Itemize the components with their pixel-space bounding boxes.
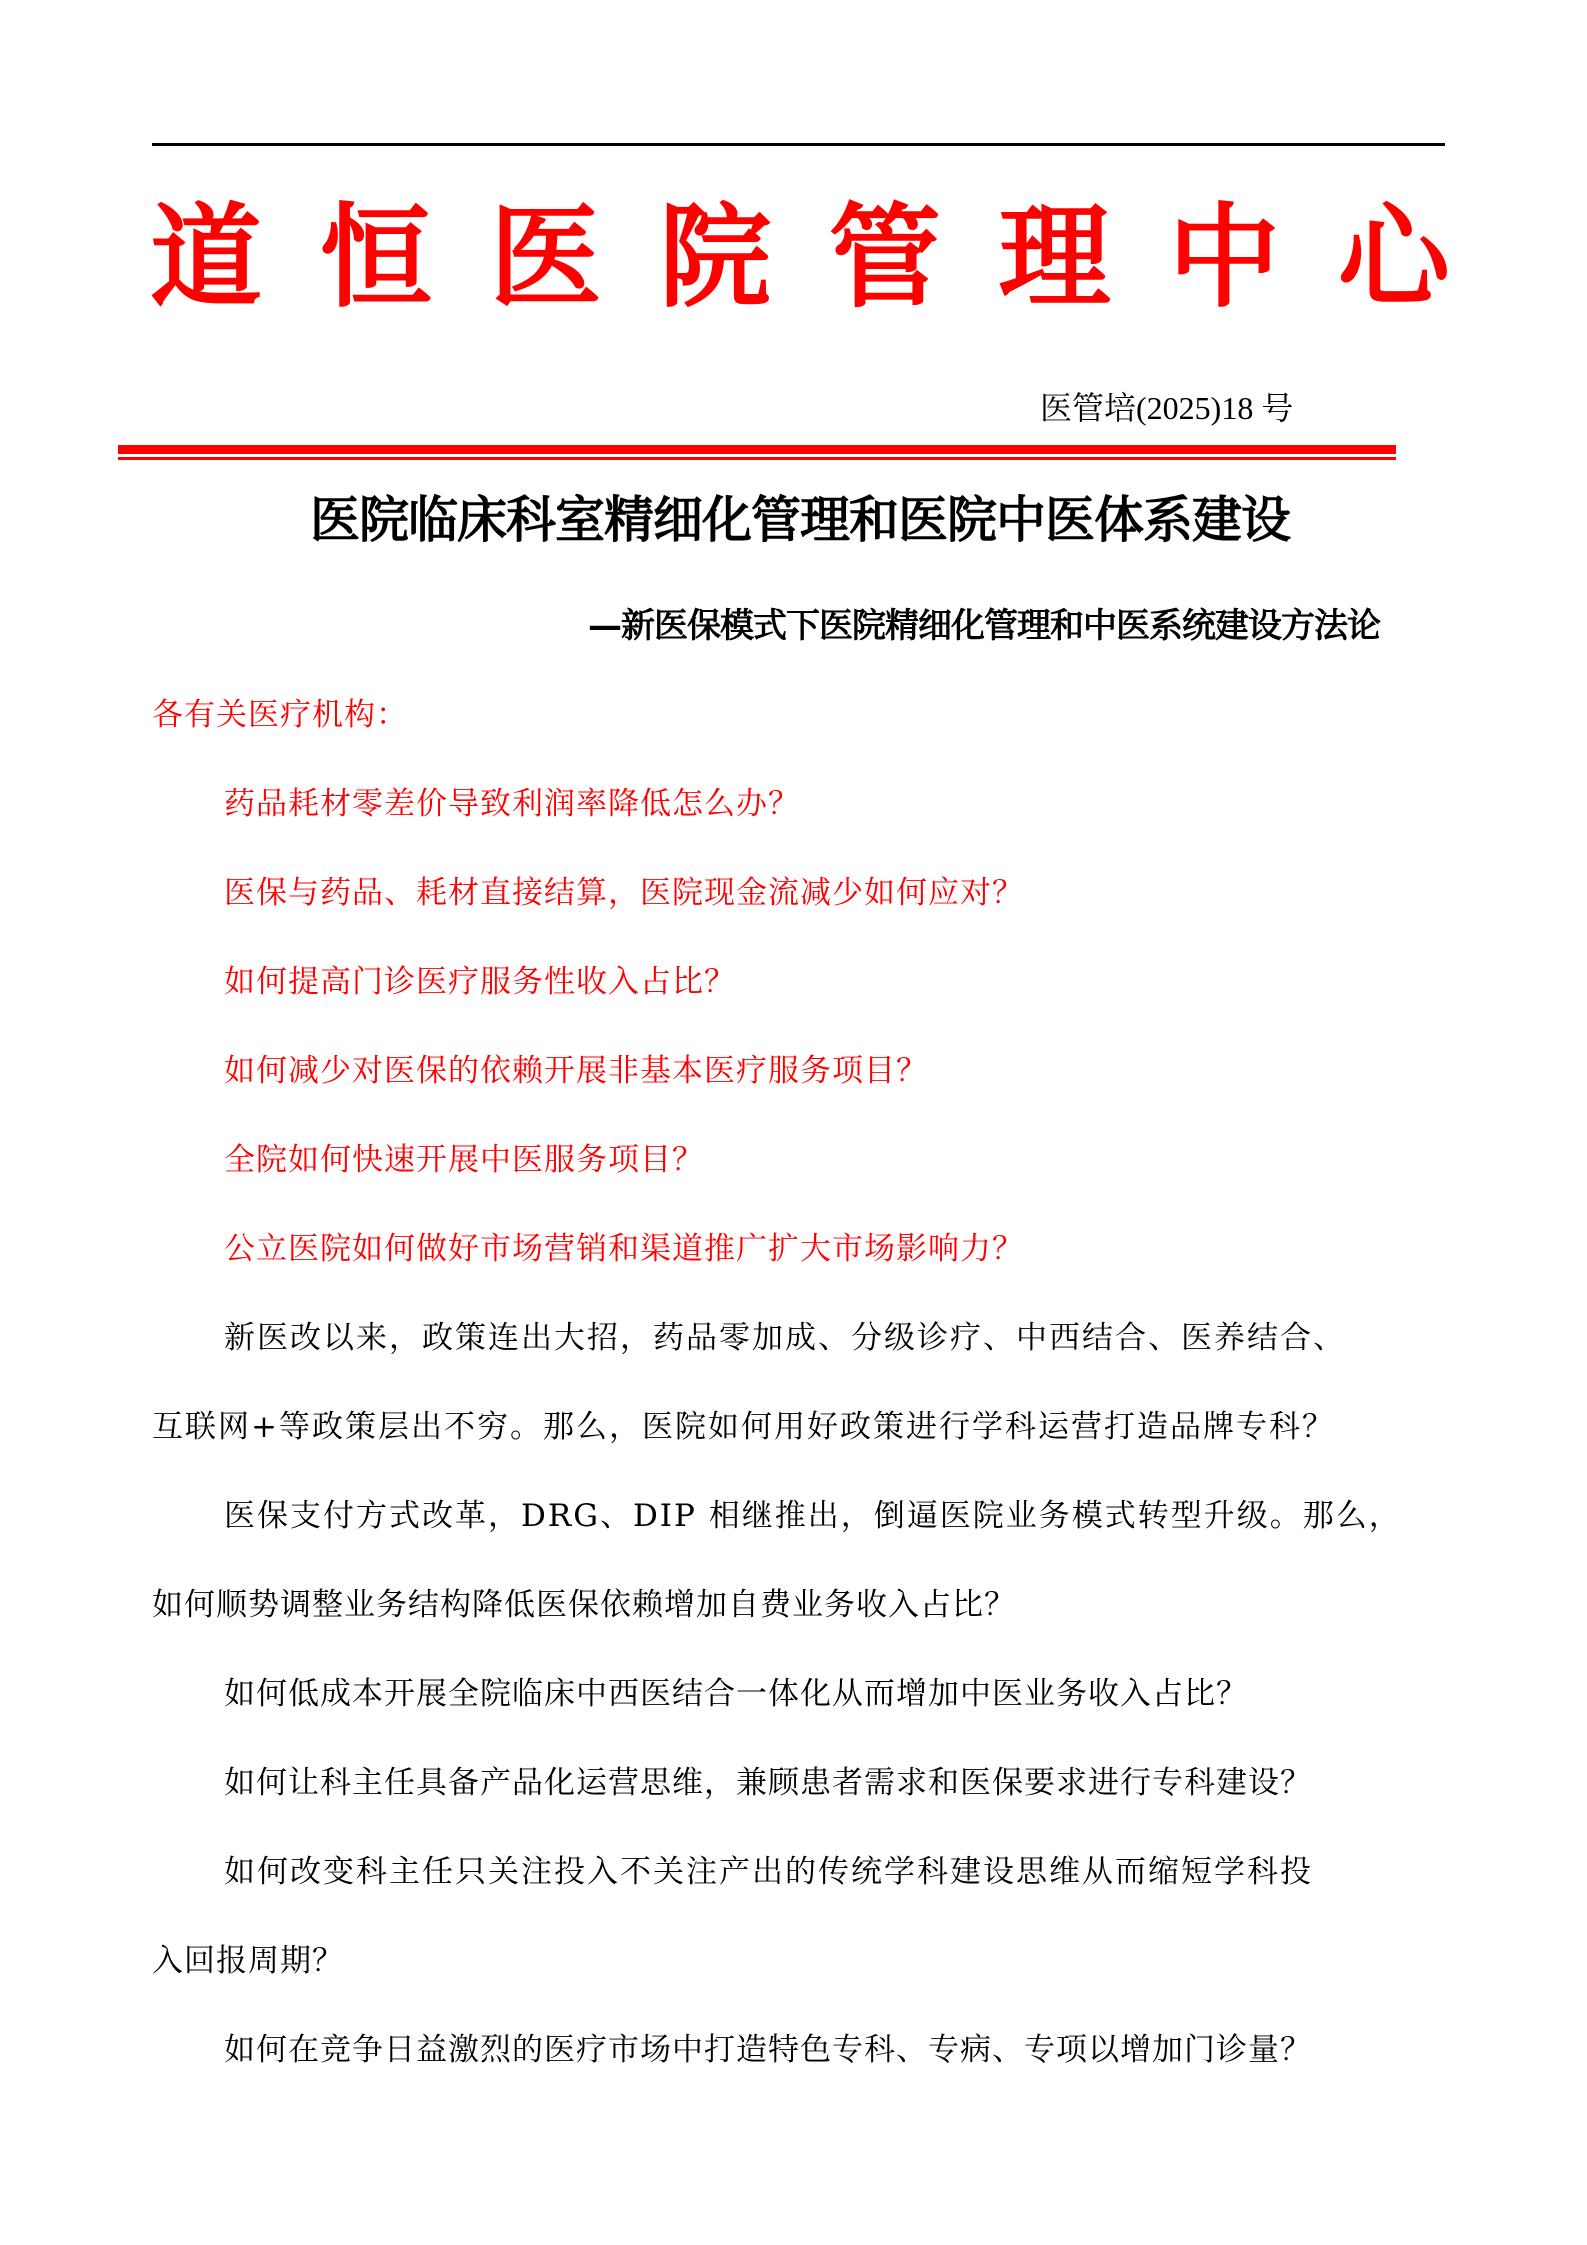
red-question: 如何提高门诊医疗服务性收入占比？ [152,959,1445,1048]
banner-char: 管 [829,196,941,320]
banner-char: 道 [150,196,262,320]
red-question: 如何减少对医保的依赖开展非基本医疗服务项目？ [152,1048,1445,1137]
body-paragraph-line: 如何改变科主任只关注投入不关注产出的传统学科建设思维从而缩短学科投 [152,1849,1445,1938]
banner-char: 院 [659,196,771,320]
red-question: 医保与药品、耗材直接结算，医院现金流减少如何应对？ [152,870,1445,959]
banner-char: 中 [1168,196,1280,320]
body-paragraph-line: 新医改以来，政策连出大招，药品零加成、分级诊疗、中西结合、医养结合、 [152,1315,1445,1404]
red-question: 药品耗材零差价导致利润率降低怎么办？ [152,781,1445,870]
salutation: 各有关医疗机构： [152,692,1445,781]
document-body: 各有关医疗机构： 药品耗材零差价导致利润率降低怎么办？ 医保与药品、耗材直接结算… [152,692,1445,2116]
banner-char: 心 [1338,196,1450,320]
body-paragraph-line: 医保支付方式改革，DRG、DIP 相继推出，倒逼医院业务模式转型升级。那么， [152,1493,1445,1582]
red-question: 全院如何快速开展中医服务项目？ [152,1137,1445,1226]
banner-char: 恒 [320,196,432,320]
body-paragraph-line: 如何在竞争日益激烈的医疗市场中打造特色专科、专病、专项以增加门诊量？ [152,2027,1445,2116]
organization-banner: 道 恒 医 院 管 理 中 心 [150,196,1450,320]
banner-char: 理 [999,196,1111,320]
document-title: 医院临床科室精细化管理和医院中医体系建设 [150,488,1450,552]
document-number: 医管培(2025)18 号 [1040,388,1293,428]
red-divider-thick [118,445,1396,454]
body-paragraph-line: 互联网+等政策层出不穷。那么，医院如何用好政策进行学科运营打造品牌专科？ [152,1404,1445,1493]
document-subtitle: —新医保模式下医院精细化管理和中医系统建设方法论 [588,604,1380,648]
header-top-rule [152,143,1445,146]
body-paragraph-line: 如何顺势调整业务结构降低医保依赖增加自费业务收入占比？ [152,1582,1445,1671]
body-paragraph-line: 如何低成本开展全院临床中西医结合一体化从而增加中医业务收入占比？ [152,1671,1445,1760]
body-paragraph-line: 入回报周期？ [152,1938,1445,2027]
red-question: 公立医院如何做好市场营销和渠道推广扩大市场影响力？ [152,1226,1445,1315]
red-divider-thin [118,457,1396,460]
banner-char: 医 [489,196,601,320]
body-paragraph-line: 如何让科主任具备产品化运营思维，兼顾患者需求和医保要求进行专科建设？ [152,1760,1445,1849]
